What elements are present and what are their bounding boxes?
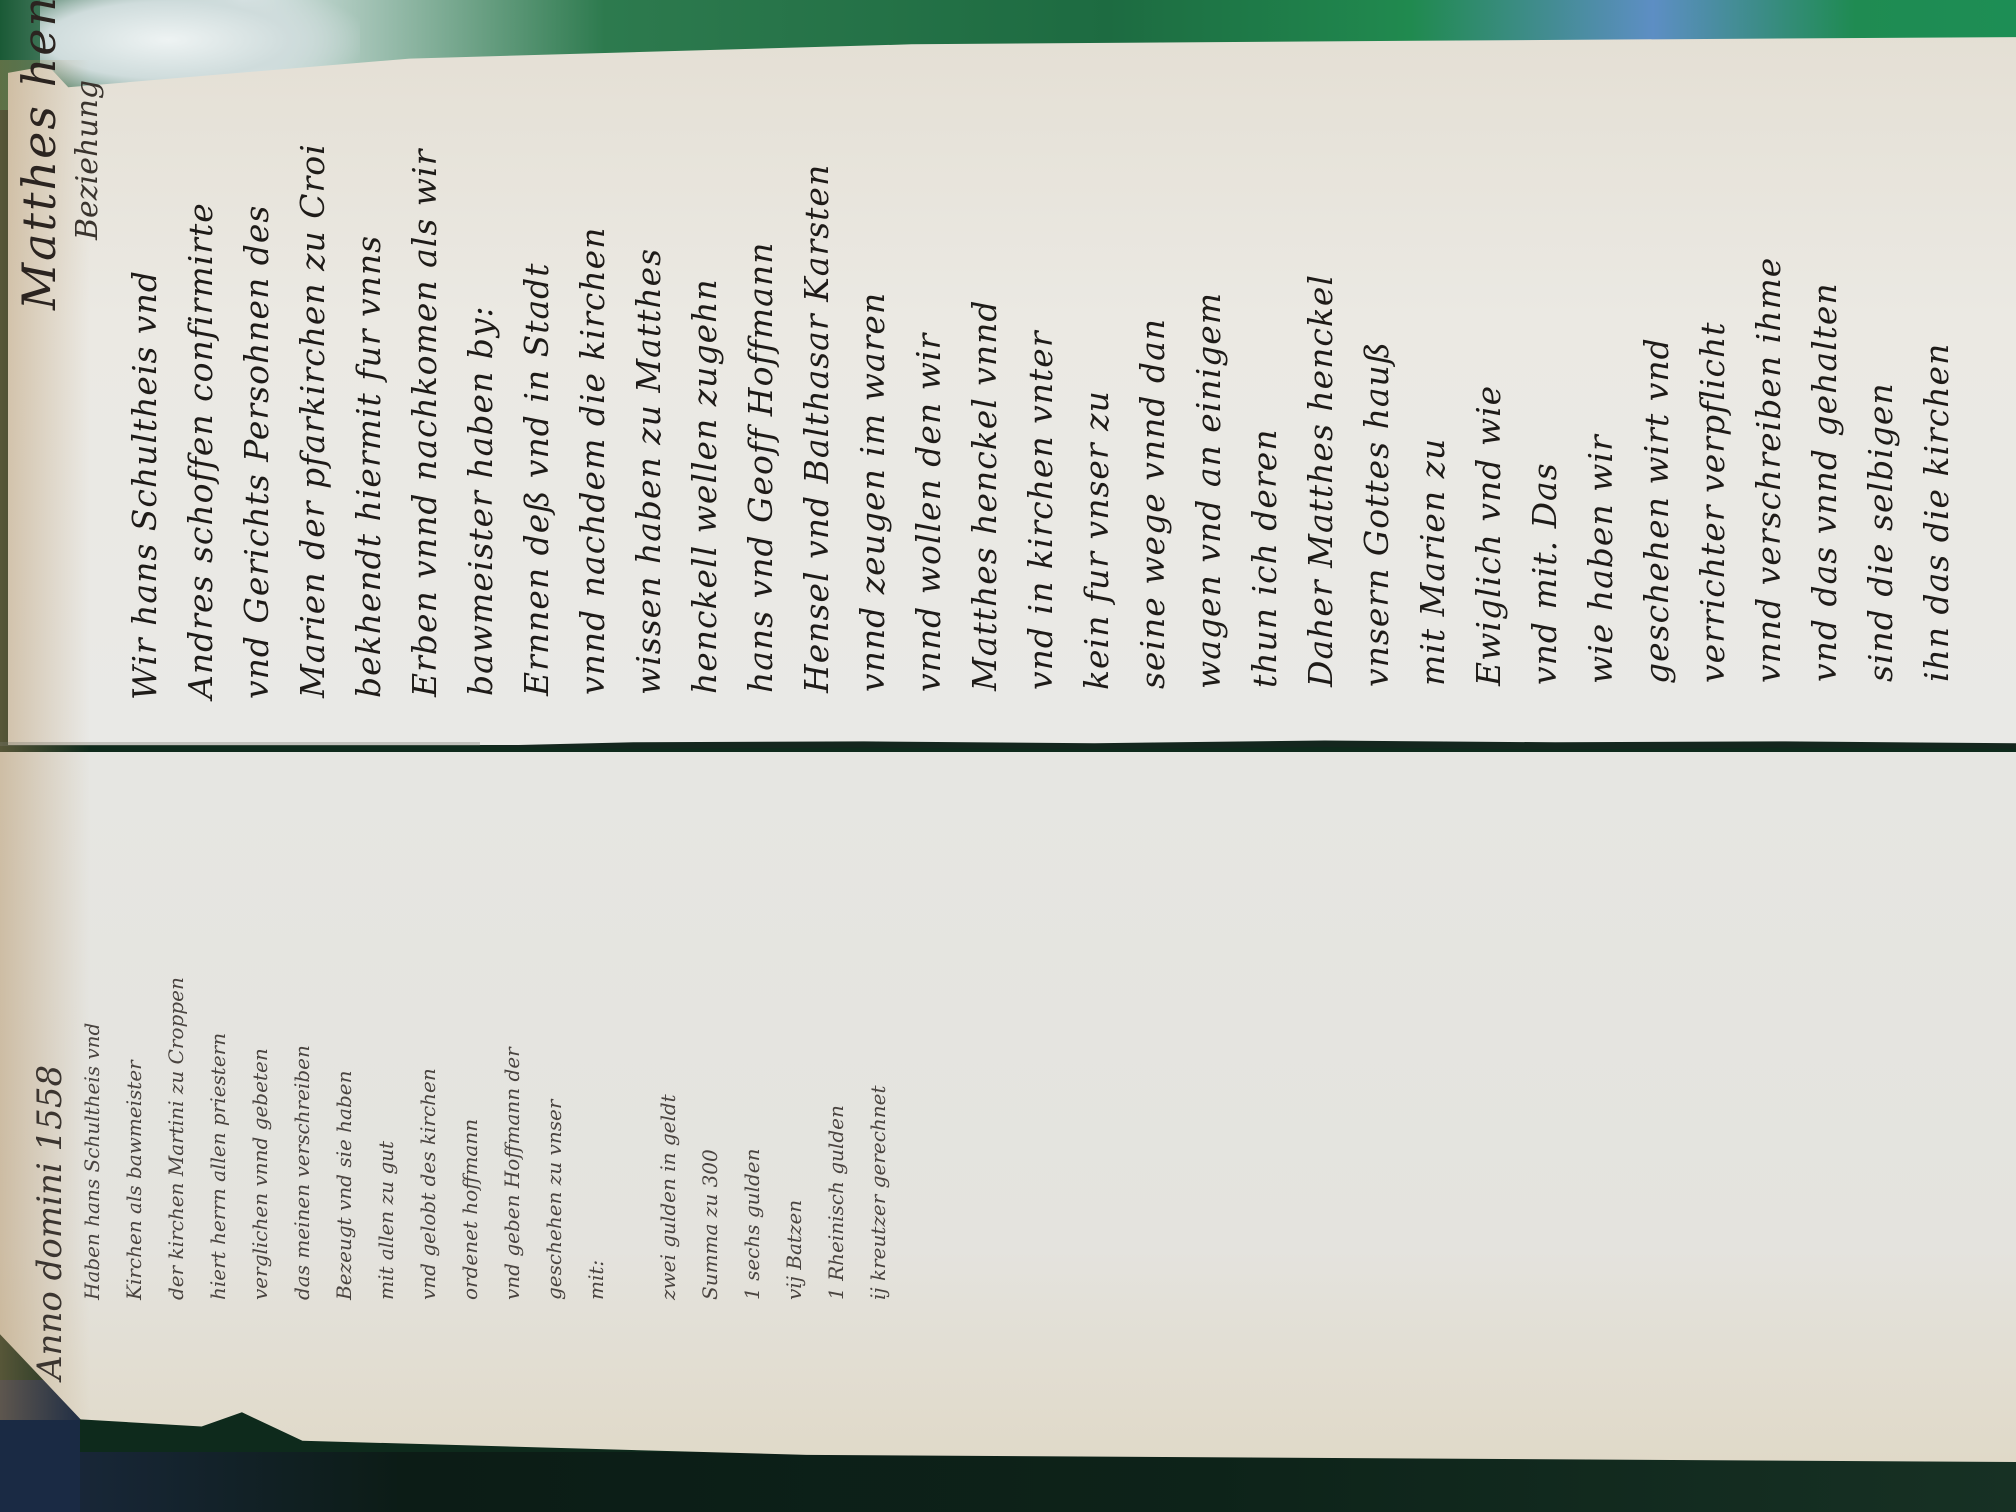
manuscript-line: Erben vnnd nachkomen als wir xyxy=(405,37,444,697)
manuscript-line: ij kreutzer gerechnet xyxy=(866,880,890,1300)
manuscript-line: vnd in kirchen vnter xyxy=(1021,30,1060,690)
manuscript-line: seine wege vnnd dan xyxy=(1133,29,1172,689)
manuscript-line: hans vnd Geoff Hoffmann xyxy=(741,33,780,693)
manuscript-line: 1 sechs gulden xyxy=(740,880,764,1300)
manuscript-line: vnd geben Hoffmann der xyxy=(500,880,524,1300)
manuscript-line: vnnd verschreiben ihme xyxy=(1749,23,1788,683)
manuscript-line: vnnd zeugen im waren xyxy=(853,32,892,692)
manuscript-line: Daher Matthes henckel xyxy=(1301,27,1340,687)
manuscript-line: mit allen zu gut xyxy=(374,880,398,1300)
manuscript-line: wissen haben zu Matthes xyxy=(629,35,668,695)
manuscript-line: Ewiglich vnd wie xyxy=(1469,26,1508,686)
page-fold-crease xyxy=(0,742,480,746)
manuscript-line: Wir hans Schultheis vnd xyxy=(125,40,164,700)
manuscript-line: bawmeister haben by: xyxy=(461,36,500,696)
manuscript-line: henckell wellen zugehn xyxy=(685,34,724,694)
manuscript-title: Matthes henckels hauses xyxy=(12,20,66,310)
manuscript-line: hiert herrn allen priestern xyxy=(206,880,230,1300)
manuscript-line: verglichen vnnd gebeten xyxy=(248,880,272,1300)
manuscript-line: vnd mit. Das xyxy=(1525,25,1564,685)
date-heading: Anno domini 1558 xyxy=(30,900,70,1380)
manuscript-line: der kirchen Martini zu Croppen xyxy=(164,880,188,1300)
manuscript-line: 1 Rheinisch gulden xyxy=(824,880,848,1300)
manuscript-line: sind die selbigen xyxy=(1861,22,1900,682)
manuscript-line: Kirchen als bawmeister xyxy=(122,880,146,1300)
background-fabric-bottom xyxy=(0,1452,2016,1512)
manuscript-line: vnd Gerichts Persohnen des xyxy=(237,39,276,699)
manuscript-line: Andres schoffen confirmirte xyxy=(181,39,220,699)
manuscript-line: vnd gelobt des kirchen xyxy=(416,880,440,1300)
manuscript-line: vnd das vnnd gehalten xyxy=(1805,22,1844,682)
manuscript-line: vnnd nachdem die kirchen xyxy=(573,35,612,695)
manuscript-subtitle: Beziehung xyxy=(70,110,105,240)
manuscript-line: mit: xyxy=(584,880,608,1300)
manuscript-line: mit Marien zu xyxy=(1413,26,1452,686)
manuscript-line: geschehen zu vnser xyxy=(542,880,566,1300)
manuscript-line: Matthes henckel vnnd xyxy=(965,31,1004,691)
manuscript-line: zwei gulden in geldt xyxy=(656,880,680,1300)
manuscript-line: Bezeugt vnd sie haben xyxy=(332,880,356,1300)
manuscript-line: Marien der pfarkirchen zu Croi xyxy=(293,38,332,698)
manuscript-line: wie haben wir xyxy=(1581,24,1620,684)
manuscript-line: verrichter verpflicht xyxy=(1693,23,1732,683)
manuscript-line: Summa zu 300 xyxy=(698,880,722,1300)
manuscript-line: thun ich deren xyxy=(1245,28,1284,688)
manuscript-line: vnnd wollen den wir xyxy=(909,32,948,692)
manuscript-line: ihn das die kirchen xyxy=(1917,22,1956,682)
manuscript-line: ordenet hoffmann xyxy=(458,880,482,1300)
manuscript-line: das meinen verschreiben xyxy=(290,880,314,1300)
manuscript-line: Hensel vnd Balthasar Karsten xyxy=(797,33,836,693)
manuscript-line: wagen vnd an einigem xyxy=(1189,29,1228,689)
manuscript-line: Haben hans Schultheis vnd xyxy=(80,880,104,1300)
manuscript-line: kein fur vnser zu xyxy=(1077,30,1116,690)
manuscript-line: geschehen wirt vnd xyxy=(1637,24,1676,684)
manuscript-line: Ernnen deß vnd in Stadt xyxy=(517,36,556,696)
manuscript-line: vij Batzen xyxy=(782,880,806,1300)
manuscript-line: vnsern Gottes hauß xyxy=(1357,27,1396,687)
manuscript-line: bekhendt hiermit fur vnns xyxy=(349,38,388,698)
